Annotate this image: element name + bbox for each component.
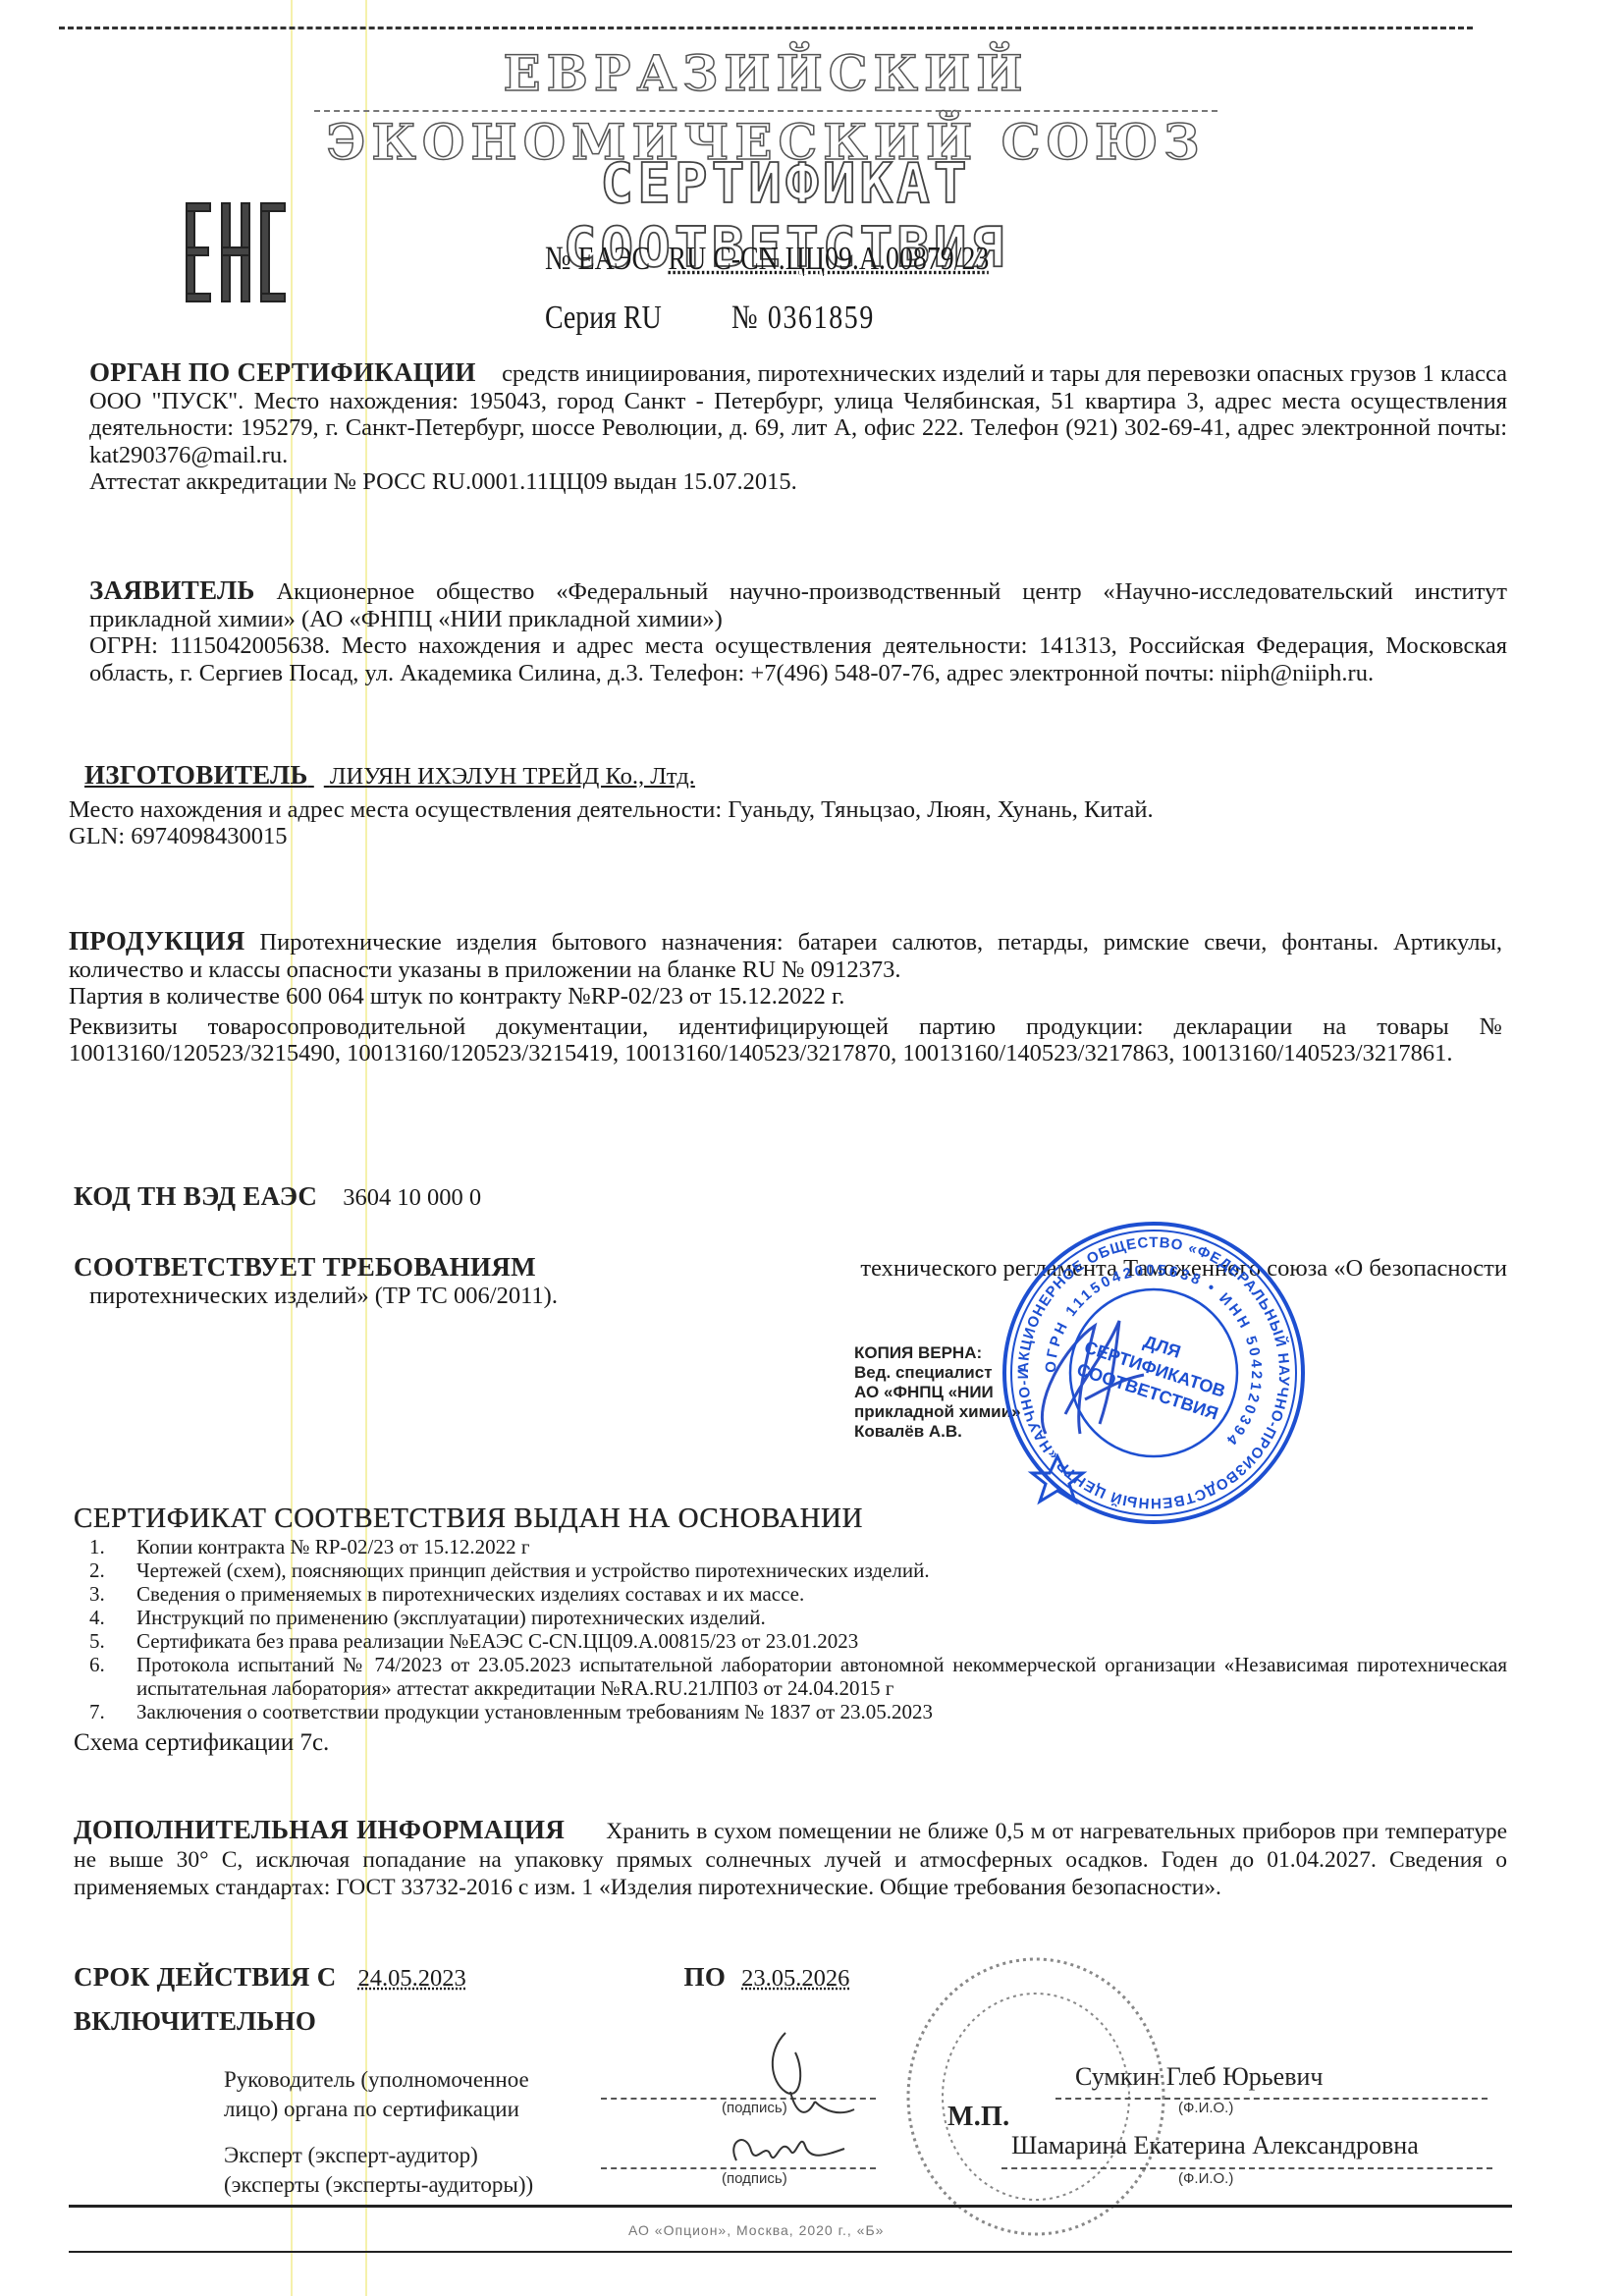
basis-heading: СЕРТИФИКАТ СООТВЕТСТВИЯ ВЫДАН НА ОСНОВАН… (74, 1503, 1507, 1535)
basis-item-number: 3. (74, 1582, 136, 1606)
head-name-caption: (Ф.И.О.) (1178, 2100, 1233, 2116)
validity-to-label: ПО (684, 1962, 727, 1992)
applicant-details: ОГРН: 1115042005638. Место нахождения и … (74, 632, 1507, 686)
head-label: Руководитель (уполномоченное лицо) орган… (224, 2065, 529, 2124)
applicant-text: Акционерное общество «Федеральный научно… (89, 578, 1507, 632)
expert-label: Эксперт (эксперт-аудитор) (эксперты (экс… (224, 2141, 533, 2200)
head-label-line: лицо) органа по сертификации (224, 2095, 529, 2124)
top-border-line (59, 27, 1473, 29)
company-seal-icon: АКЦИОНЕРНОЕ ОБЩЕСТВО «ФЕДЕРАЛЬНЫЙ НАУЧНО… (997, 1216, 1311, 1530)
product-heading: ПРОДУКЦИЯ (69, 926, 245, 956)
number-prefix: № ЕАЭС (545, 241, 650, 277)
footer-border-top (69, 2205, 1512, 2208)
basis-list-item: 1.Копии контракта № RP-02/23 от 15.12.20… (74, 1535, 1507, 1558)
certification-scheme: Схема сертификации 7с. (74, 1729, 1507, 1757)
product-text: Пиротехнические изделия бытового назначе… (69, 929, 1502, 983)
expert-signature-icon (717, 2111, 854, 2180)
head-label-line: Руководитель (уполномоченное (224, 2065, 529, 2095)
hs-code-section: КОД ТН ВЭД ЕАЭС 3604 10 000 0 (74, 1181, 481, 1212)
basis-item-text: Копии контракта № RP-02/23 от 15.12.2022… (136, 1535, 1507, 1558)
product-section: ПРОДУКЦИЯ Пиротехнические изделия бытово… (69, 928, 1502, 1067)
basis-list-item: 5.Сертификата без права реализации №ЕАЭС… (74, 1629, 1507, 1653)
eac-logo-icon (185, 201, 287, 303)
basis-item-number: 7. (74, 1700, 136, 1723)
series-label: Серия (545, 300, 617, 336)
basis-list: 1.Копии контракта № RP-02/23 от 15.12.20… (74, 1535, 1507, 1723)
validity-section: СРОК ДЕЙСТВИЯ С 24.05.2023 ПО 23.05.2026 (74, 1962, 957, 1993)
number-value: RU C-CN.ЦЦ09.А.00879/23 (668, 241, 989, 277)
printer-line: АО «Опцион», Москва, 2020 г., «Б» (628, 2222, 884, 2238)
basis-list-item: 7.Заключения о соответствии продукции ус… (74, 1700, 1507, 1723)
basis-item-text: Протокола испытаний № 74/2023 от 23.05.2… (136, 1653, 1507, 1700)
applicant-heading: ЗАЯВИТЕЛЬ (89, 575, 255, 605)
expert-name-caption: (Ф.И.О.) (1178, 2170, 1233, 2187)
head-name-line (1055, 2098, 1488, 2100)
expert-name: Шамарина Екатерина Александровна (1011, 2131, 1419, 2160)
basis-item-number: 4. (74, 1606, 136, 1629)
certificate-number: № ЕАЭС RU C-CN.ЦЦ09.А.00879/23 (545, 241, 989, 278)
manufacturer-address: Место нахождения и адрес места осуществл… (69, 796, 1502, 824)
manufacturer-name: ЛИУЯН ИХЭЛУН ТРЕЙД Ко., Лтд. (330, 763, 695, 790)
additional-info-section: ДОПОЛНИТЕЛЬНАЯ ИНФОРМАЦИЯ Хранить в сухо… (74, 1817, 1507, 1902)
basis-item-number: 6. (74, 1653, 136, 1700)
scan-artifact-line (291, 0, 293, 2296)
hs-code-value: 3604 10 000 0 (343, 1184, 481, 1211)
validity-inclusive: ВКЛЮЧИТЕЛЬНО (74, 2006, 316, 2037)
additional-info-heading: ДОПОЛНИТЕЛЬНАЯ ИНФОРМАЦИЯ (74, 1815, 565, 1844)
product-batch: Партия в количестве 600 064 штук по конт… (69, 983, 1502, 1011)
blank-number: № 0361859 (731, 300, 875, 336)
basis-list-item: 2.Чертежей (схем), поясняющих принцип де… (74, 1558, 1507, 1582)
certification-body-heading: ОРГАН ПО СЕРТИФИКАЦИИ (89, 357, 476, 387)
basis-item-number: 2. (74, 1558, 136, 1582)
seal-label: М.П. (947, 2102, 1009, 2133)
basis-item-text: Заключения о соответствии продукции уста… (136, 1700, 1507, 1723)
hs-code-heading: КОД ТН ВЭД ЕАЭС (74, 1181, 317, 1211)
product-documents: Реквизиты товаросопроводительной докумен… (69, 1013, 1502, 1067)
basis-item-text: Чертежей (схем), поясняющих принцип дейс… (136, 1558, 1507, 1582)
header-underline (314, 110, 1217, 112)
series-value: RU (623, 300, 662, 336)
footer-border-bottom (69, 2251, 1512, 2253)
basis-list-item: 6.Протокола испытаний № 74/2023 от 23.05… (74, 1653, 1507, 1700)
basis-section: СЕРТИФИКАТ СООТВЕТСТВИЯ ВЫДАН НА ОСНОВАН… (74, 1503, 1507, 1757)
conformity-heading: СООТВЕТСТВУЕТ ТРЕБОВАНИЯМ (74, 1252, 536, 1283)
basis-list-item: 3.Сведения о применяемых в пиротехническ… (74, 1582, 1507, 1606)
manufacturer-heading: ИЗГОТОВИТЕЛЬ (84, 760, 308, 790)
manufacturer-gln: GLN: 6974098430015 (69, 823, 1502, 850)
basis-item-number: 5. (74, 1629, 136, 1653)
basis-item-text: Инструкций по применению (эксплуатации) … (136, 1606, 1507, 1629)
validity-from-label: СРОК ДЕЙСТВИЯ С (74, 1962, 337, 1992)
accreditation-text: Аттестат аккредитации № РОСС RU.0001.11Ц… (74, 468, 1507, 496)
expert-name-line (1001, 2167, 1492, 2169)
applicant-section: ЗАЯВИТЕЛЬ Акционерное общество «Федераль… (74, 577, 1507, 686)
certification-body-seal-icon (889, 1949, 1213, 2244)
certification-body-section: ОРГАН ПО СЕРТИФИКАЦИИ средств инициирова… (74, 359, 1507, 496)
basis-item-text: Сертификата без права реализации №ЕАЭС C… (136, 1629, 1507, 1653)
scan-artifact-line (365, 0, 367, 2296)
basis-item-text: Сведения о применяемых в пиротехнических… (136, 1582, 1507, 1606)
manufacturer-section: ИЗГОТОВИТЕЛЬ ЛИУЯН ИХЭЛУН ТРЕЙД Ко., Лтд… (69, 762, 1502, 850)
union-header: ЕВРАЗИЙСКИЙ ЭКОНОМИЧЕСКИЙ СОЮЗ (314, 39, 1217, 108)
expert-label-line: (эксперты (эксперты-аудиторы)) (224, 2170, 533, 2200)
certificate-series: Серия RU № 0361859 (545, 300, 875, 337)
basis-list-item: 4.Инструкций по применению (эксплуатации… (74, 1606, 1507, 1629)
basis-item-number: 1. (74, 1535, 136, 1558)
validity-from-date: 24.05.2023 (358, 1965, 643, 1993)
expert-label-line: Эксперт (эксперт-аудитор) (224, 2141, 533, 2170)
head-name: Сумкин Глеб Юрьевич (1075, 2062, 1323, 2092)
